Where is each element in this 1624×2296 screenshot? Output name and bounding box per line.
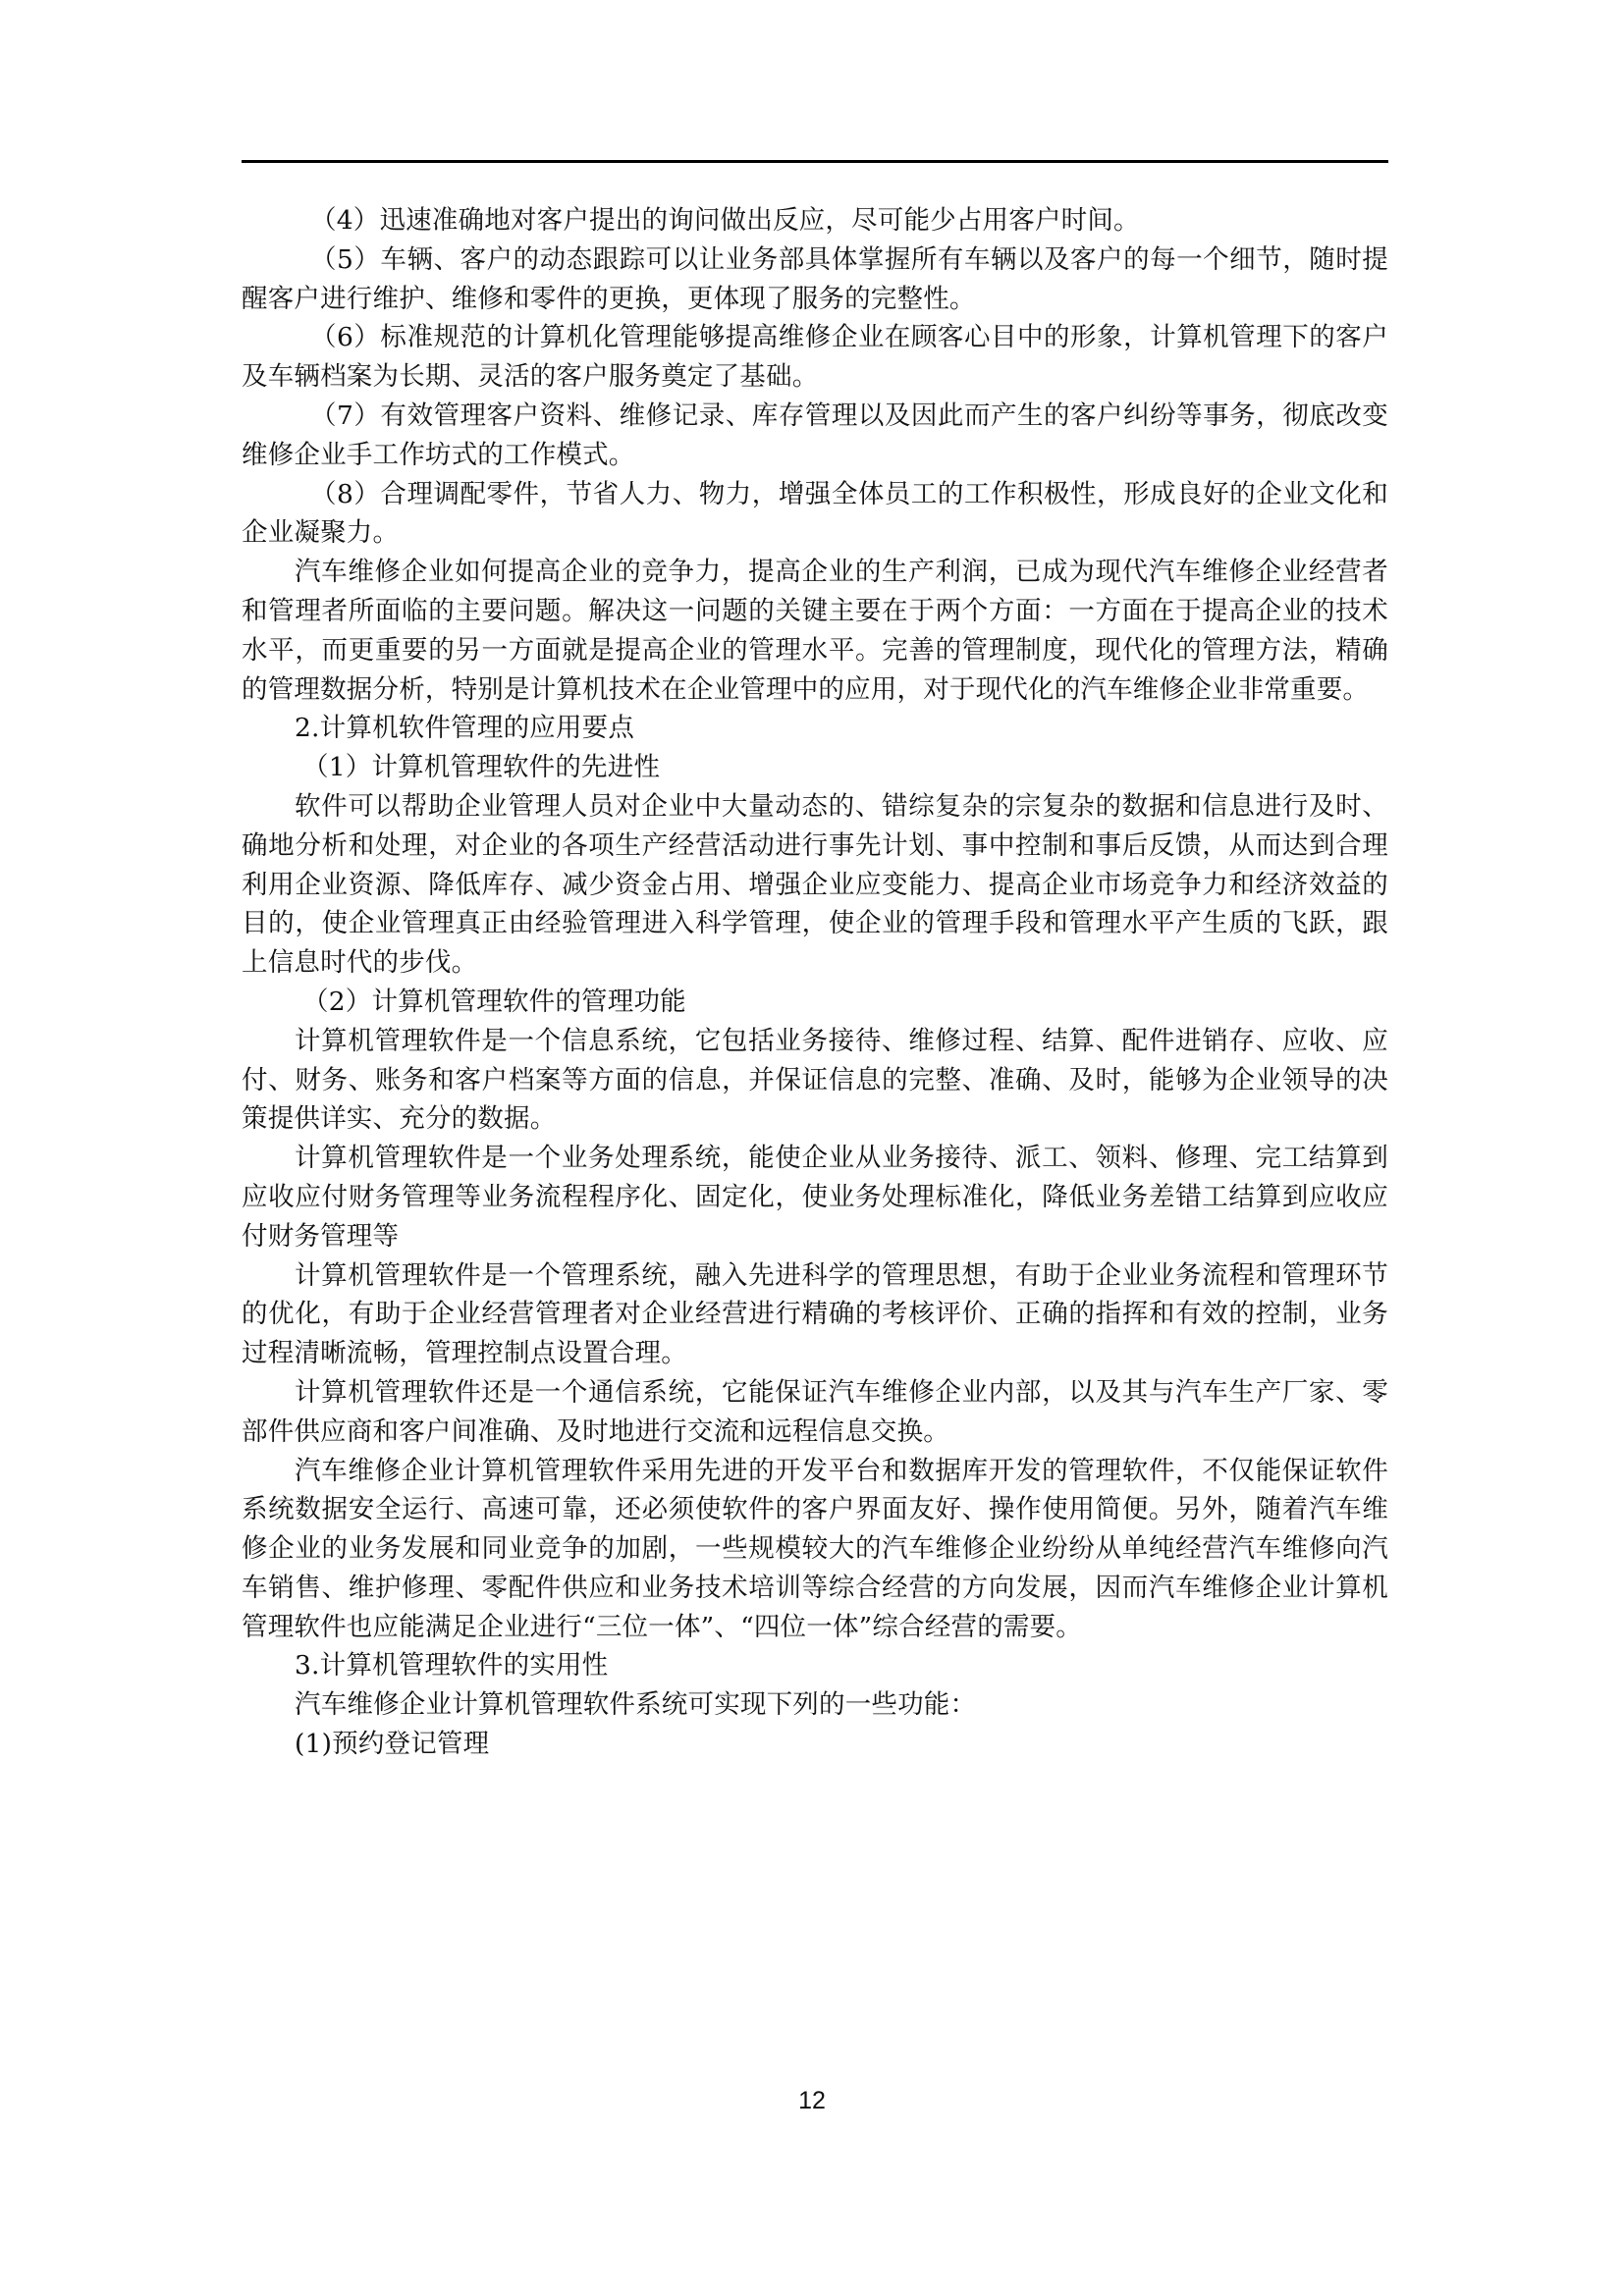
page-number: 12 [0, 2087, 1624, 2115]
paragraph: （5）车辆、客户的动态跟踪可以让业务部具体掌握所有车辆以及客户的每一个细节，随时… [242, 240, 1388, 319]
paragraph: （7）有效管理客户资料、维修记录、库存管理以及因此而产生的客户纠纷等事务，彻底改… [242, 397, 1388, 475]
paragraph: 计算机管理软件是一个业务处理系统，能使企业从业务接待、派工、领料、修理、完工结算… [242, 1139, 1388, 1255]
list-item: (1)预约登记管理 [242, 1725, 1388, 1764]
section-heading: 2.计算机软件管理的应用要点 [242, 709, 1388, 748]
page-body: （4）迅速准确地对客户提出的询问做出反应，尽可能少占用客户时间。 （5）车辆、客… [242, 201, 1388, 1764]
paragraph: 计算机管理软件还是一个通信系统，它能保证汽车维修企业内部，以及其与汽车生产厂家、… [242, 1373, 1388, 1452]
paragraph: 汽车维修企业计算机管理软件系统可实现下列的一些功能： [242, 1685, 1388, 1725]
paragraph: 汽车维修企业如何提高企业的竞争力，提高企业的生产利润，已成为现代汽车维修企业经营… [242, 553, 1388, 709]
section-heading: 3.计算机管理软件的实用性 [242, 1646, 1388, 1685]
paragraph: 汽车维修企业计算机管理软件采用先进的开发平台和数据库开发的管理软件，不仅能保证软… [242, 1452, 1388, 1647]
header-rule [242, 160, 1388, 163]
paragraph: 计算机管理软件是一个管理系统，融入先进科学的管理思想，有助于企业业务流程和管理环… [242, 1256, 1388, 1373]
paragraph: （8）合理调配零件，节省人力、物力，增强全体员工的工作积极性，形成良好的企业文化… [242, 475, 1388, 554]
paragraph: （6）标准规范的计算机化管理能够提高维修企业在顾客心目中的形象，计算机管理下的客… [242, 318, 1388, 397]
subsection-heading: （2）计算机管理软件的管理功能 [242, 983, 1388, 1022]
paragraph: （4）迅速准确地对客户提出的询问做出反应，尽可能少占用客户时间。 [242, 201, 1388, 240]
paragraph: 计算机管理软件是一个信息系统，它包括业务接待、维修过程、结算、配件进销存、应收、… [242, 1022, 1388, 1139]
paragraph: 软件可以帮助企业管理人员对企业中大量动态的、错综复杂的宗复杂的数据和信息进行及时… [242, 787, 1388, 983]
subsection-heading: （1）计算机管理软件的先进性 [242, 748, 1388, 787]
